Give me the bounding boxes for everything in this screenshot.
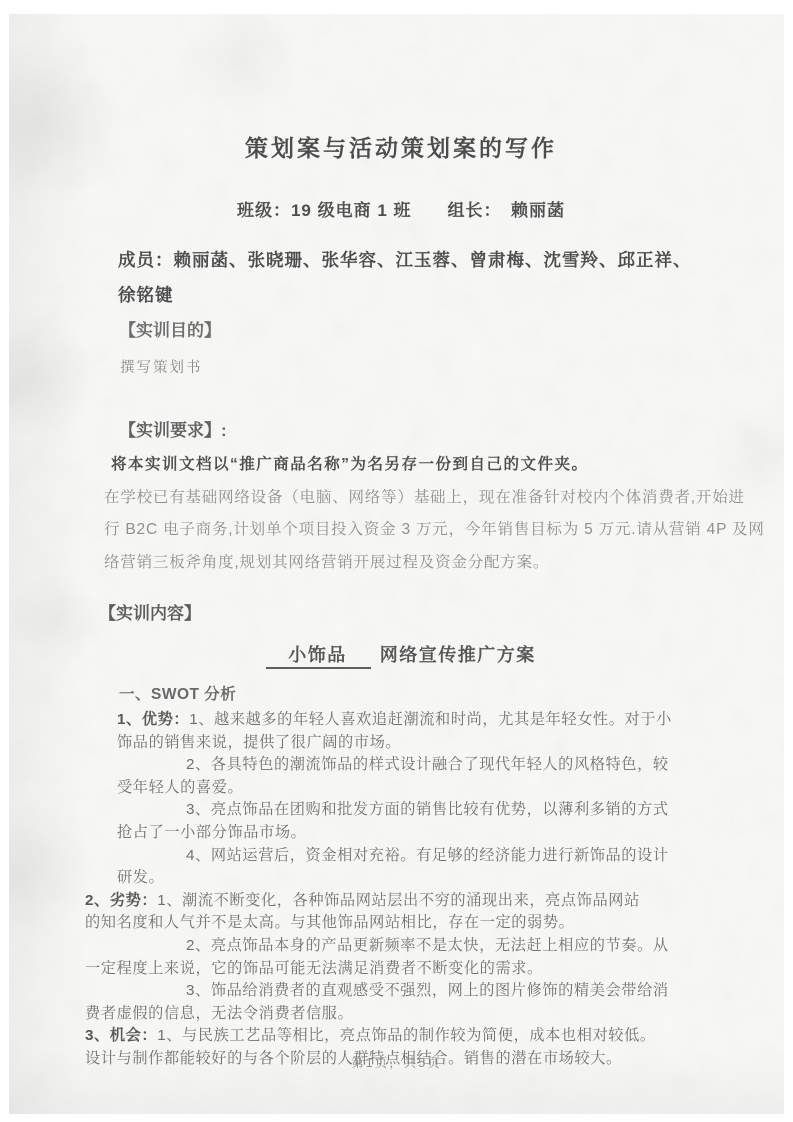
requirement-heading: 【实训要求】: [119,416,698,441]
document-content: 策划案与活动策划案的写作 班级：19 级电商 1 班 组长： 赖丽菡 成员：赖丽… [0,130,793,1071]
swot-line: 的知名度和人气并不是太高。与其他饰品网站相比，存在一定的弱势。 [85,912,698,935]
class-and-leader-line: 班级：19 级电商 1 班 组长： 赖丽菡 [104,196,698,221]
subtitle-product-blank: 小饰品 [266,645,371,669]
content-heading: 【实训内容】 [99,599,698,624]
swot-line: 受年轻人的喜爱。 [117,777,698,800]
requirement-line: 络营销三板斧角度,规划其网络营销开展过程及资金分配方案。 [104,547,698,580]
swot-line: 1、优势：1、越来越多的年轻人喜欢追赶潮流和时尚，尤其是年轻女性。对于小 [117,709,698,732]
purpose-text: 撰写策划书 [120,356,698,377]
scanned-document-page: 策划案与活动策划案的写作 班级：19 级电商 1 班 组长： 赖丽菡 成员：赖丽… [0,0,793,1122]
promo-plan-subtitle: 小饰品网络宣传推广方案 [104,641,698,667]
members-line: 成员：赖丽菡、张晓珊、张华容、江玉蓉、曾肃梅、沈雪羚、邱正祥、徐铭键 [118,243,698,313]
swot-line: 4、网站运营后，资金相对充裕。有足够的经济能力进行新饰品的设计 [186,845,698,868]
page-footer: 第1页，共5页 [0,1053,793,1071]
purpose-heading: 【实训目的】 [119,316,698,341]
swot-line: 3、亮点饰品在团购和批发方面的销售比较有优势，以薄利多销的方式 [186,799,698,822]
document-title: 策划案与活动策划案的写作 [104,130,698,163]
swot-line: 费者虚假的信息，无法令消费者信服。 [85,1003,698,1026]
swot-line: 一定程度上来说，它的饰品可能无法满足消费者不断变化的需求。 [85,958,698,981]
swot-line: 3、饰品给消费者的直观感受不强烈，网上的图片修饰的精美会带给消 [186,980,698,1003]
swot-line: 抢占了一小部分饰品市场。 [117,822,698,845]
requirement-paragraph: 将本实训文档以“推广商品名称”为名另存一份到自己的文件夹。 在学校已有基础网络设… [104,449,698,579]
swot-analysis-body: 1、优势：1、越来越多的年轻人喜欢追赶潮流和时尚，尤其是年轻女性。对于小 饰品的… [104,709,698,1071]
swot-heading: 一、SWOT 分析 [119,682,698,704]
requirement-line: 将本实训文档以“推广商品名称”为名另存一份到自己的文件夹。 [111,449,698,482]
subtitle-rest: 网络宣传推广方案 [380,645,536,665]
swot-line: 饰品的销售来说，提供了很广阔的市场。 [117,732,698,755]
swot-line: 3、机会：1、与民族工艺品等相比，亮点饰品的制作较为简便，成本也相对较低。 [85,1025,698,1048]
swot-line: 2、劣势：1、潮流不断变化，各种饰品网站层出不穷的涌现出来，亮点饰品网站 [85,890,698,913]
requirement-line: 在学校已有基础网络设备（电脑、网络等）基础上，现在准备针对校内个体消费者,开始进 [104,482,698,515]
swot-line: 研发。 [117,867,698,890]
swot-line: 2、亮点饰品本身的产品更新频率不是太快，无法赶上相应的节奏。从 [186,935,698,958]
swot-line: 2、各具特色的潮流饰品的样式设计融合了现代年轻人的风格特色，较 [186,754,698,777]
requirement-line: 行 B2C 电子商务,计划单个项目投入资金 3 万元，今年销售目标为 5 万元.… [104,514,698,547]
